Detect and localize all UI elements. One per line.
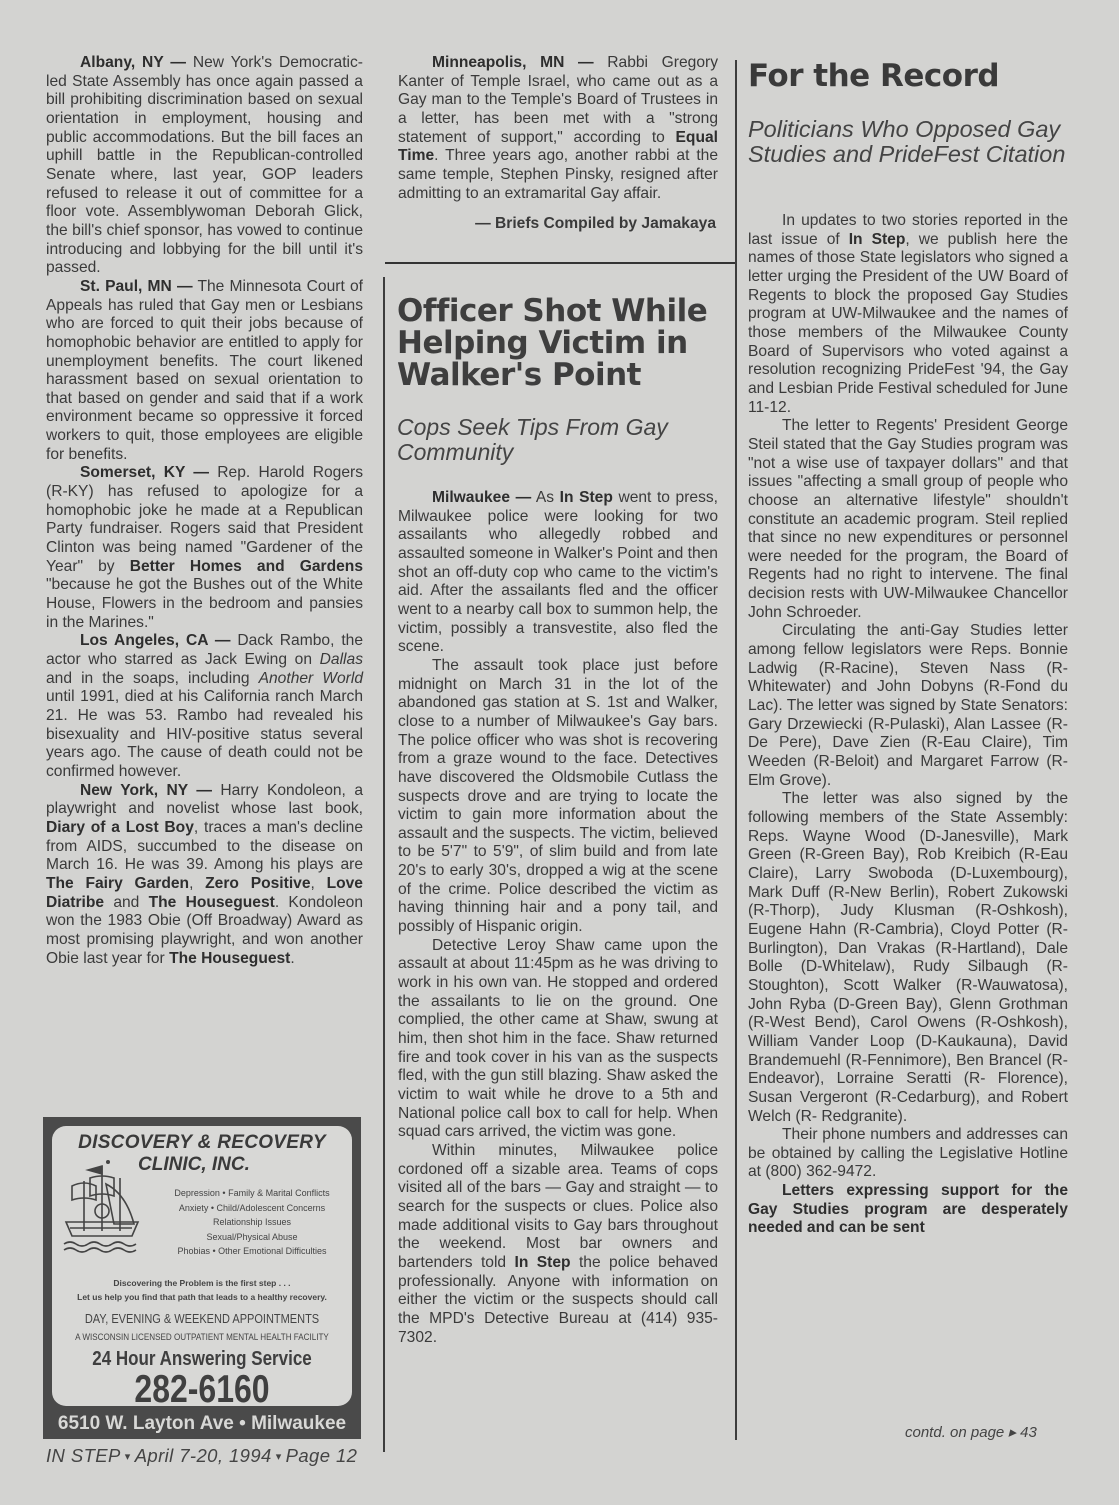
clinic-advertisement: DISCOVERY & RECOVERY CLINIC, INC. Depres… bbox=[43, 1117, 361, 1439]
section-divider bbox=[385, 262, 737, 264]
column-rule bbox=[383, 277, 385, 1452]
column-rule bbox=[735, 60, 737, 1440]
issue-date: April 7-20, 1994 bbox=[135, 1445, 272, 1466]
page-footer: IN STEP▾April 7-20, 1994▾Page 12 bbox=[46, 1445, 357, 1467]
brief-los-angeles: Los Angeles, CA — Dack Rambo, the actor … bbox=[46, 632, 363, 781]
brief-albany: Albany, NY — New York's Democratic-led S… bbox=[46, 54, 363, 278]
record-story-headline: For the Record bbox=[748, 58, 1068, 94]
brief-new-york: New York, NY — Harry Kondoleon, a playwr… bbox=[46, 782, 363, 969]
ad-license: A WISCONSIN LICENSED OUTPATIENT MENTAL H… bbox=[70, 1332, 334, 1342]
briefs-continued-column: Minneapolis, MN — Rabbi Gregory Kanter o… bbox=[398, 54, 718, 234]
ad-phone: 282-6160 bbox=[79, 1370, 325, 1410]
officer-story-deck: Cops Seek Tips From Gay Community bbox=[397, 415, 727, 465]
page-number: Page 12 bbox=[286, 1445, 358, 1466]
brief-st-paul: St. Paul, MN — The Minnesota Court of Ap… bbox=[46, 278, 363, 465]
record-story-body: In updates to two stories reported in th… bbox=[748, 212, 1068, 1238]
separator-icon: ▾ bbox=[272, 1451, 286, 1463]
brief-somerset: Somerset, KY — Rep. Harold Rogers (R-KY)… bbox=[46, 464, 363, 632]
continued-link[interactable]: contd. on page ▸ 43 bbox=[905, 1423, 1037, 1441]
officer-story-body: Milwaukee — As In Step went to press, Mi… bbox=[398, 489, 718, 1347]
sailing-ship-icon bbox=[62, 1156, 142, 1256]
record-story-deck: Politicians Who Opposed Gay Studies and … bbox=[748, 117, 1068, 167]
separator-icon: ▾ bbox=[121, 1451, 135, 1463]
ad-panel: DISCOVERY & RECOVERY CLINIC, INC. Depres… bbox=[52, 1126, 352, 1406]
ad-appointments: DAY, EVENING & WEEKEND APPOINTMENTS bbox=[70, 1312, 334, 1326]
ad-services-list: Depression • Family & Marital Conflicts … bbox=[152, 1186, 352, 1259]
ad-address: 6510 W. Layton Ave • Milwaukee bbox=[43, 1413, 361, 1435]
ad-name-line2: CLINIC, INC. bbox=[138, 1154, 250, 1176]
ad-name-line1: DISCOVERY & RECOVERY bbox=[52, 1132, 352, 1154]
briefs-byline: — Briefs Compiled by Jamakaya bbox=[398, 215, 718, 234]
briefs-column: Albany, NY — New York's Democratic-led S… bbox=[46, 54, 363, 968]
publication-name: IN STEP bbox=[46, 1445, 121, 1466]
brief-minneapolis: Minneapolis, MN — Rabbi Gregory Kanter o… bbox=[398, 54, 718, 203]
ad-tagline: Discovering the Problem is the first ste… bbox=[52, 1276, 352, 1304]
officer-story-headline: Officer Shot While Helping Victim in Wal… bbox=[397, 295, 727, 391]
